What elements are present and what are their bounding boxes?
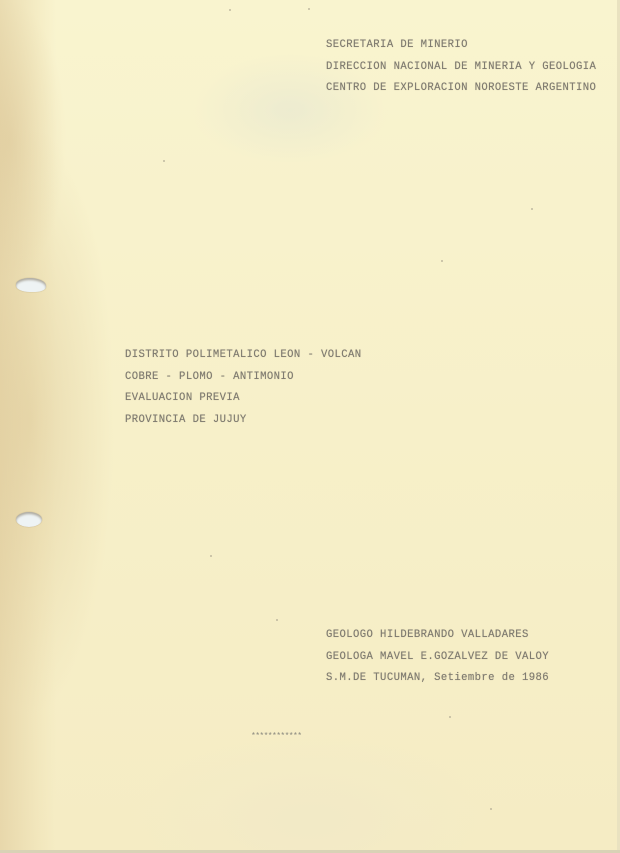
title-line-evaluation: EVALUACION PREVIA xyxy=(125,393,362,404)
scanned-page: SECRETARIA DE MINERIO DIRECCION NACIONAL… xyxy=(0,0,620,853)
institution-header: SECRETARIA DE MINERIO DIRECCION NACIONAL… xyxy=(326,40,596,105)
punch-hole-bottom xyxy=(16,512,42,527)
header-line-center: CENTRO DE EXPLORACION NOROESTE ARGENTINO xyxy=(326,83,596,94)
paper-speck xyxy=(229,9,231,11)
paper-speck xyxy=(531,208,533,210)
title-line-minerals: COBRE - PLOMO - ANTIMONIO xyxy=(125,372,362,383)
punch-hole-top xyxy=(16,278,46,292)
binding-margin xyxy=(0,0,56,853)
paper-speck xyxy=(449,716,451,718)
report-title: DISTRITO POLIMETALICO LEON - VOLCAN COBR… xyxy=(125,350,362,436)
paper-speck xyxy=(441,260,443,262)
paper-speck xyxy=(276,619,278,621)
header-line-ministry: SECRETARIA DE MINERIO xyxy=(326,40,596,51)
author-line-1: GEOLOGO HILDEBRANDO VALLADARES xyxy=(326,630,549,641)
paper-speck xyxy=(308,8,310,10)
paper-speck xyxy=(490,808,492,810)
asterisk-separator: ************ xyxy=(251,732,301,741)
title-line-district: DISTRITO POLIMETALICO LEON - VOLCAN xyxy=(125,350,362,361)
authors-block: GEOLOGO HILDEBRANDO VALLADARES GEOLOGA M… xyxy=(326,630,549,695)
title-line-province: PROVINCIA DE JUJUY xyxy=(125,415,362,426)
author-line-2: GEOLOGA MAVEL E.GOZALVEZ DE VALOY xyxy=(326,652,549,663)
paper-speck xyxy=(210,555,212,557)
place-date-line: S.M.DE TUCUMAN, Setiembre de 1986 xyxy=(326,673,549,684)
header-line-directorate: DIRECCION NACIONAL DE MINERIA Y GEOLOGIA xyxy=(326,62,596,73)
paper-speck xyxy=(163,160,165,162)
